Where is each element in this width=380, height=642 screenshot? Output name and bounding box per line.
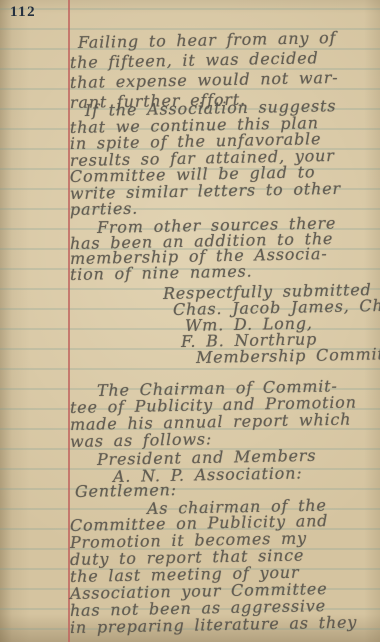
handwritten-line: tion of nine names. <box>70 261 337 282</box>
paragraph-as-chairman-report: As chairman of theCommittee on Publicity… <box>70 500 357 636</box>
signature-block-membership-committee: Respectfully submittedChas. Jacob James,… <box>163 286 380 366</box>
paragraph-chairman-annual-report: The Chairman of Commit-tee of Publicity … <box>70 382 357 450</box>
ledger-page-scan: 112 Failing to hear from any ofthe fifte… <box>0 0 380 642</box>
paragraph-from-other-sources: From other sources therehas been an addi… <box>70 220 336 282</box>
salutation: Gentlemen: <box>75 483 177 500</box>
handwritten-line: Membership Committee <box>196 346 380 366</box>
address-block: President and MembersA. N. P. Associatio… <box>97 451 316 485</box>
paragraph-if-association-suggests: If the Association suggeststhat we conti… <box>70 103 341 219</box>
handwritten-line: Gentlemen: <box>75 481 177 500</box>
handwritten-line: in preparing literature as they <box>70 613 357 636</box>
page-number: 112 <box>10 4 36 21</box>
